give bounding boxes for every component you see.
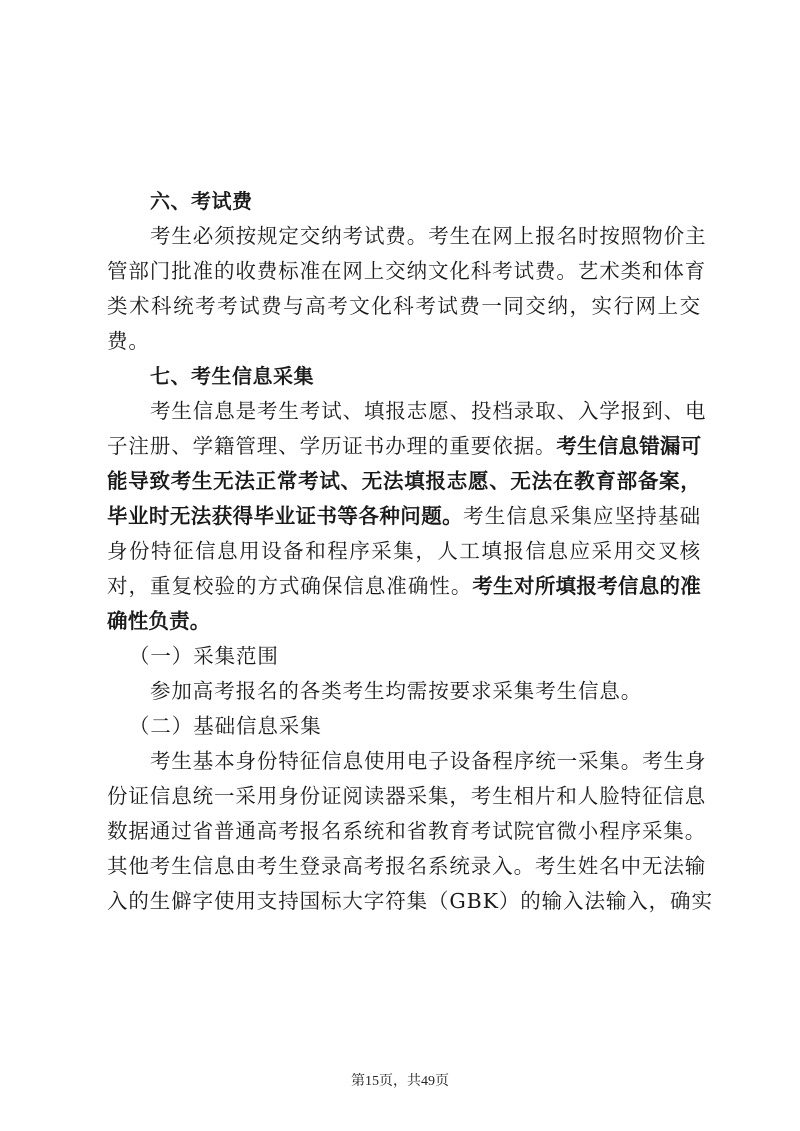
paragraph-line: 费。	[107, 324, 701, 359]
normal-text: 对，重复校验的方式确保信息准确性。	[107, 574, 472, 598]
paragraph-line-bold: 能导致考生无法正常考试、无法填报志愿、无法在教育部备案，	[107, 464, 701, 499]
bold-text: 毕业时无法获得毕业证书等各种问题。	[107, 504, 463, 528]
paragraph-line: 考生基本身份特征信息使用电子设备程序统一采集。考生身	[107, 744, 701, 779]
paragraph-line: 份证信息统一采用身份证阅读器采集，考生相片和人脸特征信息	[107, 779, 701, 814]
paragraph-line: 毕业时无法获得毕业证书等各种问题。考生信息采集应坚持基础	[107, 499, 701, 534]
section-heading-exam-fee: 六、考试费	[107, 184, 701, 219]
page-number-footer: 第15页，共49页	[0, 1070, 800, 1090]
subsection-heading-basic-info: （二）基础信息采集	[107, 709, 701, 744]
paragraph-line: 入的生僻字使用支持国标大字符集（GBK）的输入法输入，确实	[107, 884, 701, 919]
paragraph-line-bold: 确性负责。	[107, 604, 701, 639]
paragraph-line: 子注册、学籍管理、学历证书办理的重要依据。考生信息错漏可	[107, 429, 701, 464]
paragraph-line: 其他考生信息由考生登录高考报名系统录入。考生姓名中无法输	[107, 849, 701, 884]
paragraph-line: 考生必须按规定交纳考试费。考生在网上报名时按照物价主	[107, 219, 701, 254]
page-content: 六、考试费 考生必须按规定交纳考试费。考生在网上报名时按照物价主 管部门批准的收…	[107, 184, 701, 919]
paragraph-line: 参加高考报名的各类考生均需按要求采集考生信息。	[107, 674, 701, 709]
document-page: 六、考试费 考生必须按规定交纳考试费。考生在网上报名时按照物价主 管部门批准的收…	[0, 0, 800, 1131]
section-heading-info-collection: 七、考生信息采集	[107, 359, 701, 394]
paragraph-line: 数据通过省普通高考报名系统和省教育考试院官微小程序采集。	[107, 814, 701, 849]
subsection-heading-scope: （一）采集范围	[107, 639, 701, 674]
normal-text: 考生信息采集应坚持基础	[463, 504, 701, 528]
paragraph-line: 身份特征信息用设备和程序采集，人工填报信息应采用交叉核	[107, 534, 701, 569]
bold-text: 考生信息错漏可	[556, 434, 701, 458]
paragraph-line: 类术科统考考试费与高考文化科考试费一同交纳，实行网上交	[107, 289, 701, 324]
paragraph-line: 管部门批准的收费标准在网上交纳文化科考试费。艺术类和体育	[107, 254, 701, 289]
paragraph-line: 考生信息是考生考试、填报志愿、投档录取、入学报到、电	[107, 394, 701, 429]
paragraph-line: 对，重复校验的方式确保信息准确性。考生对所填报考信息的准	[107, 569, 701, 604]
bold-text: 考生对所填报考信息的准	[472, 574, 701, 598]
normal-text: 子注册、学籍管理、学历证书办理的重要依据。	[107, 434, 556, 458]
